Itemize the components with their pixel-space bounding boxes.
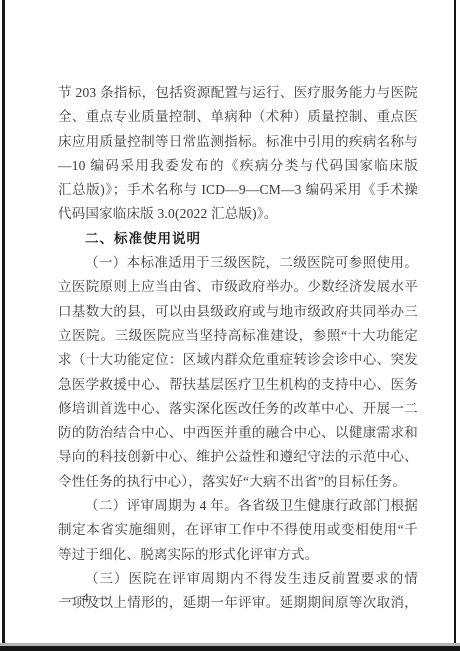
text-line: 口基数大的县，可以由县级政府或与地市级政府共同举办三级公 [58,300,418,324]
page-left-edge [2,0,5,651]
text-line: （三）医院在评审周期内不得发生违反前置要求的情形。发生 [58,567,418,591]
text-line: 导向的科技创新中心、维护公益性和遵纪守法的示范中心、承担指 [58,445,418,469]
text-line: 汇总版)》；手术名称与 ICD—9—CM—3 编码采用《手术操作分类 [58,178,418,202]
text-line: 立医院原则上应当由省、市级政府举办。少数经济发展水平高、人 [58,275,418,299]
text-line: 床应用质量控制等日常监测指标。标准中引用的疾病名称与 ICD [58,130,418,154]
text-line: 等过于细化、脱离实际的形式化评审方式。 [58,543,418,567]
text-line: 代码国家临床版 3.0(2022 汇总版)》。 [58,202,418,226]
text-line: 令性任务的执行中心），落实好“大病不出省”的目标任务。 [58,470,418,494]
text-line: —10 编码采用我委发布的《疾病分类与代码国家临床版 2.0(2022 [58,154,418,178]
text-line: 全、重点专业质量控制、单病种（术种）质量控制、重点医疗技术临 [58,105,418,129]
text-line: 急医学救援中心、帮扶基层医疗卫生机构的支持中心、医务人员进 [58,373,418,397]
text-block: 节 203 条指标，包括资源配置与运行、医疗服务能力与医院质量安 全、重点专业质… [58,81,418,616]
text-line: （二）评审周期为 4 年。各省级卫生健康行政部门根据本标准 [58,494,418,518]
page-number: — 4 — [62,588,111,608]
text-line: 节 203 条指标，包括资源配置与运行、医疗服务能力与医院质量安 [58,81,418,105]
text-line: 修培训首选中心、落实深化医改任务的改革中心、开展一二三级预 [58,397,418,421]
text-line: 求（十大功能定位：区域内群众危重症转诊会诊中心、突发事件紧 [58,348,418,372]
page-bottom-edge [0,646,460,651]
page-right-edge [454,0,456,651]
text-line: 一项及以上情形的，延期一年评审。延期期间原等次取消，按照 [58,591,418,615]
text-line: 制定本省实施细则，在评审工作中不得使用或变相使用“千分制” [58,518,418,542]
text-line: 立医院。三级医院应当坚持高标准建设，参照“十大功能定位”要 [58,324,418,348]
document-page: 节 203 条指标，包括资源配置与运行、医疗服务能力与医院质量安 全、重点专业质… [0,0,460,651]
text-line: （一）本标准适用于三级医院，二级医院可参照使用。三级公 [58,251,418,275]
section-heading: 二、标准使用说明 [58,227,418,251]
text-line: 防的防治结合中心、中西医并重的融合中心、以健康需求和应用为 [58,421,418,445]
